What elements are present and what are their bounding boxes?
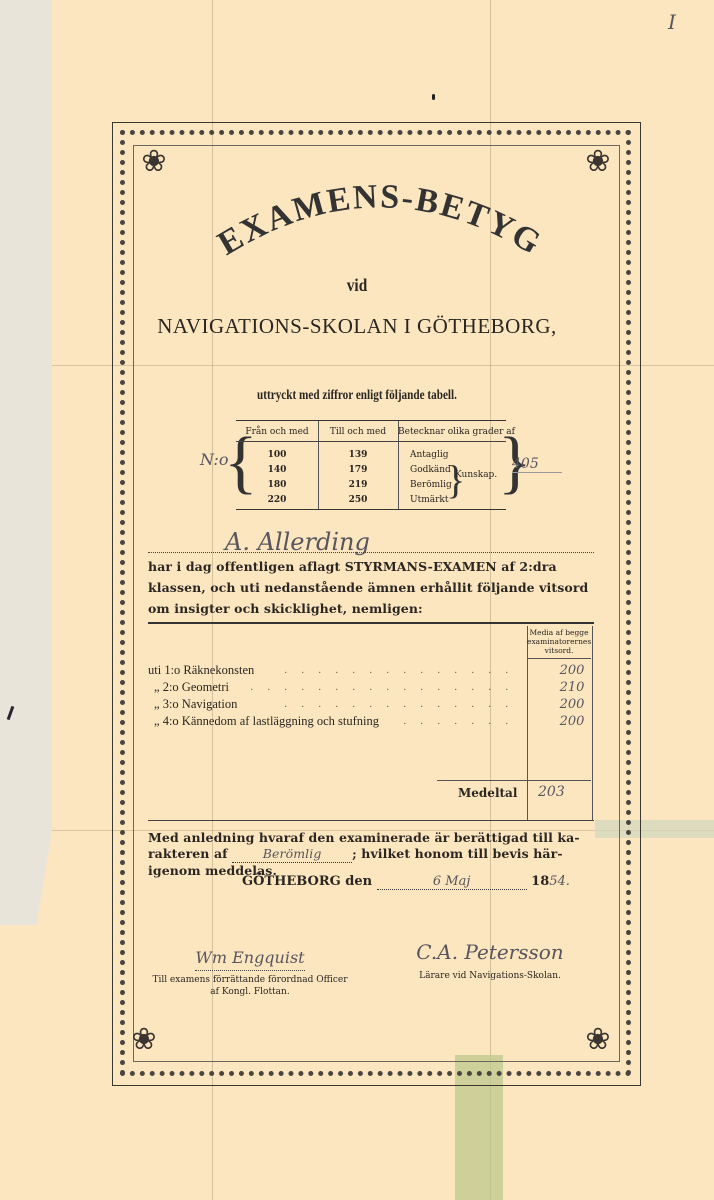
- date-line: GÖTHEBORG den 6 Maj 1854.: [242, 874, 570, 890]
- subject-score: 200: [540, 713, 604, 730]
- subject-score: 210: [540, 679, 604, 696]
- ink-dot: [432, 94, 435, 100]
- number-value: 405: [512, 456, 562, 473]
- subject-score: 200: [540, 696, 604, 713]
- svg-text:EXAMENS-BETYG: EXAMENS-BETYG: [212, 178, 549, 262]
- subject-score: 200: [540, 662, 604, 679]
- corner-ornament-icon: ❀: [134, 142, 174, 182]
- brace-small: }: [446, 455, 465, 505]
- statement-text: har i dag offentligen aflagt STYRMANS-EX…: [148, 556, 594, 619]
- conclusion-text: Med anledning hvaraf den examinerade är …: [148, 830, 594, 879]
- corner-ornament-icon: ❀: [124, 1020, 164, 1060]
- tissue-strip: [0, 0, 52, 925]
- grade-group-label: Kunskap.: [455, 470, 497, 480]
- divider: [437, 780, 591, 781]
- page-marker: I: [668, 10, 676, 34]
- average-value: 203: [538, 784, 565, 800]
- subject-row: „ 2:o Geometri . . . . . . . . . . . . .…: [148, 679, 594, 696]
- score-column-header: Media af begge examinatorernes vitsord.: [527, 628, 591, 659]
- character-grade: Berömlig: [232, 846, 352, 863]
- average-label: Medeltal: [458, 786, 517, 800]
- table-intro: uttryckt med ziffror enligt följande tab…: [71, 388, 642, 404]
- divider: [148, 820, 594, 821]
- signature-teacher: C.A. Petersson Lärare vid Navigations-Sk…: [390, 940, 590, 982]
- column-from: Från och med 100 140 180 220: [236, 421, 319, 509]
- document-title: EXAMENS-BETYG: [200, 175, 560, 275]
- title-vid: vid: [54, 275, 661, 296]
- school-name: NAVIGATIONS-SKOLAN I GÖTHEBORG,: [0, 314, 714, 339]
- subject-row: „ 4:o Kännedom af lastläggning och stufn…: [148, 713, 594, 730]
- signature: Wm Engquist: [150, 948, 350, 970]
- column-to: Till och med 139 179 219 250: [318, 421, 399, 509]
- name-line: [148, 552, 594, 553]
- subject-row: „ 3:o Navigation . . . . . . . . . . . .…: [148, 696, 594, 713]
- corner-ornament-icon: ❀: [578, 1020, 618, 1060]
- subject-row: uti 1:o Räknekonsten . . . . . . . . . .…: [148, 662, 594, 679]
- divider: [148, 622, 594, 624]
- grade-table: Från och med 100 140 180 220 Till och me…: [236, 420, 506, 510]
- signature-officer: Wm Engquist Till examens förrättande för…: [150, 948, 350, 998]
- corner-ornament-icon: ❀: [578, 142, 618, 182]
- date-value: 6 Maj: [377, 874, 527, 890]
- subjects-list: uti 1:o Räknekonsten . . . . . . . . . .…: [148, 662, 594, 730]
- signature: C.A. Petersson: [390, 940, 590, 970]
